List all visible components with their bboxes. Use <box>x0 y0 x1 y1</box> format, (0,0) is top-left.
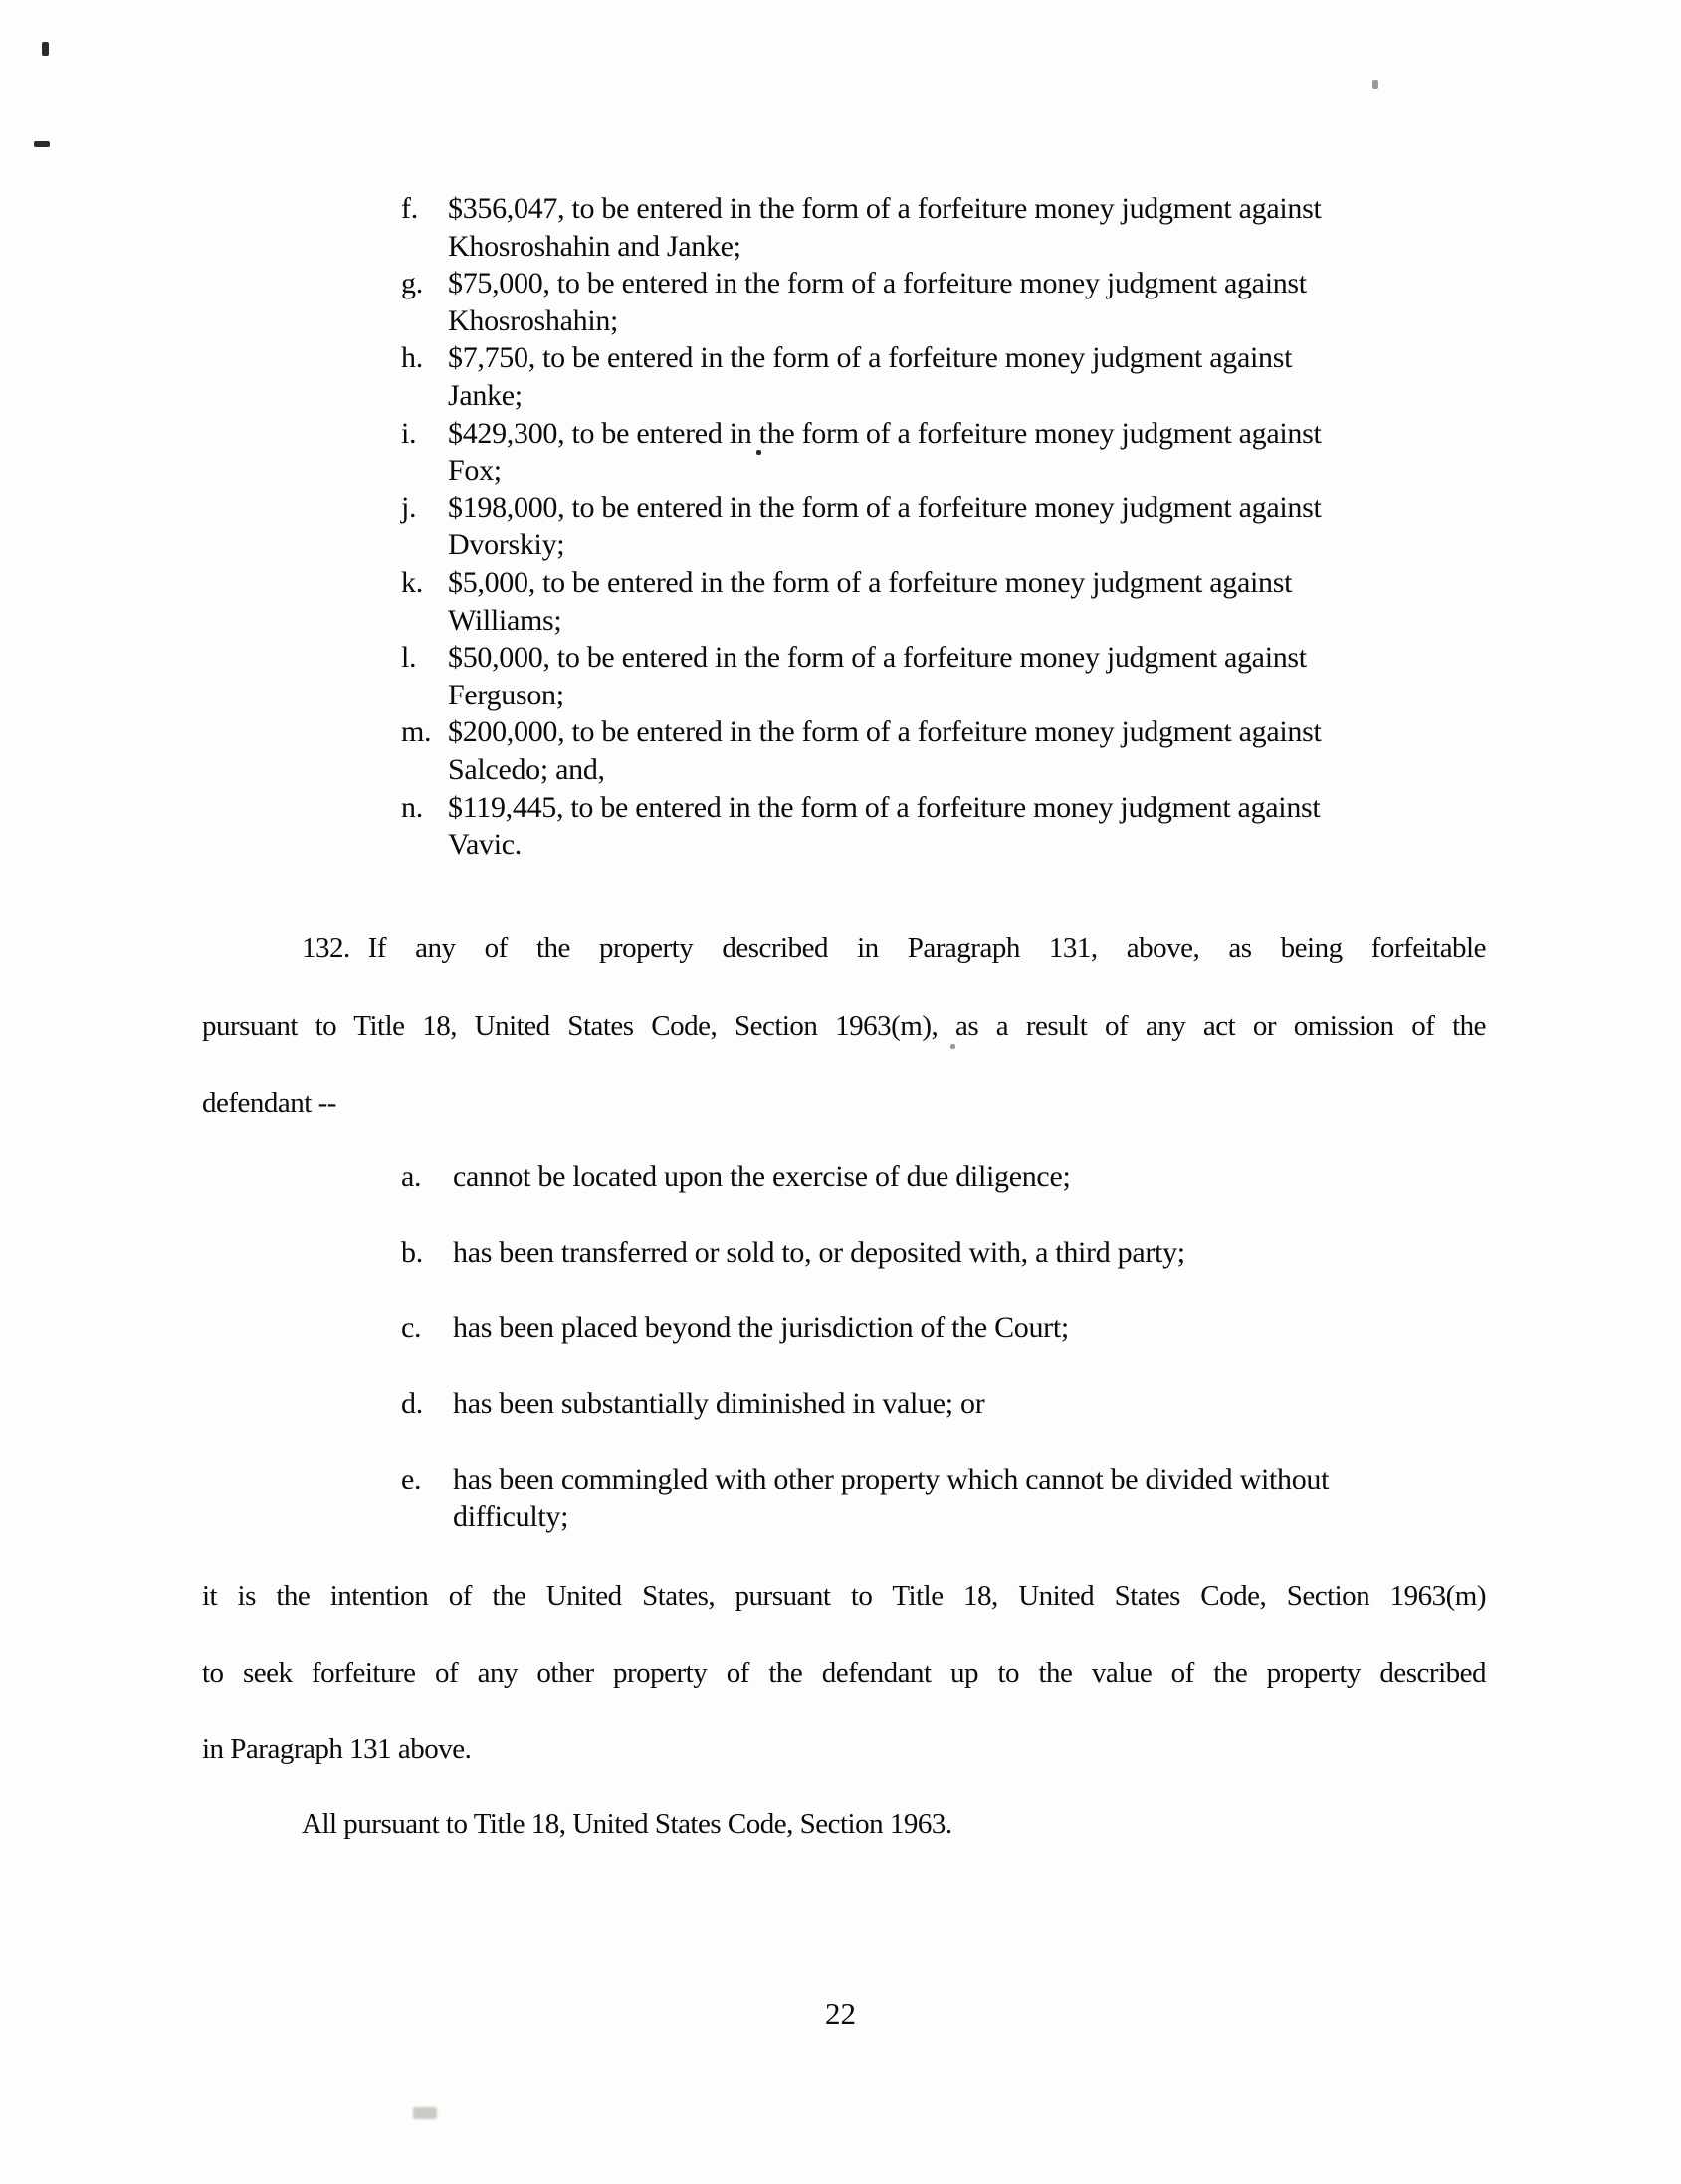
item-line1: has been placed beyond the jurisdiction … <box>453 1309 1069 1347</box>
item-letter: n. <box>401 789 448 864</box>
condition-item: b. has been transferred or sold to, or d… <box>401 1234 1185 1272</box>
item-line1: cannot be located upon the exercise of d… <box>453 1158 1071 1196</box>
closing-line1: it is the intention of the United States… <box>202 1578 1486 1614</box>
item-letter: g. <box>401 265 448 339</box>
scan-speck-top-left <box>42 42 49 56</box>
item-line1: $198,000, to be entered in the form of a… <box>448 490 1322 527</box>
item-line2: difficulty; <box>453 1498 1329 1536</box>
scan-dash-left <box>34 141 50 147</box>
item-line1: has been substantially diminished in val… <box>453 1385 984 1423</box>
forfeiture-item: l. $50,000, to be entered in the form of… <box>401 639 1322 713</box>
scan-speck-top-right <box>1372 80 1378 89</box>
forfeiture-item: i. $429,300, to be entered in the form o… <box>401 415 1322 490</box>
item-line2: Khosroshahin and Janke; <box>448 228 1322 266</box>
forfeiture-item: h. $7,750, to be entered in the form of … <box>401 339 1322 414</box>
closing-line3: in Paragraph 131 above. <box>202 1731 1486 1767</box>
item-letter: m. <box>401 713 448 788</box>
paragraph-132-line2: pursuant to Title 18, United States Code… <box>202 1008 1486 1044</box>
forfeiture-item: f. $356,047, to be entered in the form o… <box>401 190 1322 265</box>
item-line2: Vavic. <box>448 826 1320 864</box>
item-letter: e. <box>401 1461 453 1536</box>
forfeiture-item: k. $5,000, to be entered in the form of … <box>401 564 1322 639</box>
item-line2: Williams; <box>448 602 1292 640</box>
page-number: 22 <box>0 1996 1681 2032</box>
item-line2: Dvorskiy; <box>448 526 1322 564</box>
forfeiture-item: n. $119,445, to be entered in the form o… <box>401 789 1322 864</box>
condition-item: d. has been substantially diminished in … <box>401 1385 984 1423</box>
item-line1: $200,000, to be entered in the form of a… <box>448 713 1322 751</box>
item-line1: $5,000, to be entered in the form of a f… <box>448 564 1292 602</box>
item-letter: i. <box>401 415 448 490</box>
item-line1: $50,000, to be entered in the form of a … <box>448 639 1307 677</box>
paragraph-number: 132. <box>302 932 368 964</box>
closing-line2: to seek forfeiture of any other property… <box>202 1655 1486 1690</box>
condition-item: c. has been placed beyond the jurisdicti… <box>401 1309 1069 1347</box>
item-letter: j. <box>401 490 448 564</box>
closing-line4: All pursuant to Title 18, United States … <box>302 1806 1486 1842</box>
forfeiture-item: m. $200,000, to be entered in the form o… <box>401 713 1322 788</box>
condition-item: e. has been commingled with other proper… <box>401 1461 1329 1536</box>
scan-speck-paragraph <box>950 1044 955 1049</box>
item-letter: f. <box>401 190 448 265</box>
item-line1: has been transferred or sold to, or depo… <box>453 1234 1185 1272</box>
paragraph-132-line3: defendant -- <box>202 1086 1486 1121</box>
item-letter: d. <box>401 1385 453 1423</box>
item-letter: c. <box>401 1309 453 1347</box>
document-page: f. $356,047, to be entered in the form o… <box>0 0 1681 2184</box>
forfeiture-item: g. $75,000, to be entered in the form of… <box>401 265 1322 339</box>
item-line2: Janke; <box>448 377 1292 415</box>
item-line1: $119,445, to be entered in the form of a… <box>448 789 1320 827</box>
forfeiture-item: j. $198,000, to be entered in the form o… <box>401 490 1322 564</box>
item-line1: has been commingled with other property … <box>453 1461 1329 1498</box>
item-letter: l. <box>401 639 448 713</box>
item-line2: Ferguson; <box>448 677 1307 714</box>
item-line2: Khosroshahin; <box>448 302 1307 340</box>
scan-smudge-bottom <box>413 2107 437 2119</box>
paragraph-132-line1: 132.If any of the property described in … <box>202 930 1486 966</box>
item-letter: h. <box>401 339 448 414</box>
item-line1: $75,000, to be entered in the form of a … <box>448 265 1307 302</box>
forfeiture-money-judgment-list: f. $356,047, to be entered in the form o… <box>401 190 1322 864</box>
item-line2: Fox; <box>448 452 1322 490</box>
item-letter: b. <box>401 1234 453 1272</box>
paragraph-text: If any of the property described in Para… <box>368 932 1486 964</box>
item-line1: $429,300, to be entered in the form of a… <box>448 415 1322 453</box>
item-letter: k. <box>401 564 448 639</box>
item-letter: a. <box>401 1158 453 1196</box>
item-line1: $356,047, to be entered in the form of a… <box>448 190 1322 228</box>
item-line1: $7,750, to be entered in the form of a f… <box>448 339 1292 377</box>
item-line2: Salcedo; and, <box>448 751 1322 789</box>
condition-item: a. cannot be located upon the exercise o… <box>401 1158 1071 1196</box>
